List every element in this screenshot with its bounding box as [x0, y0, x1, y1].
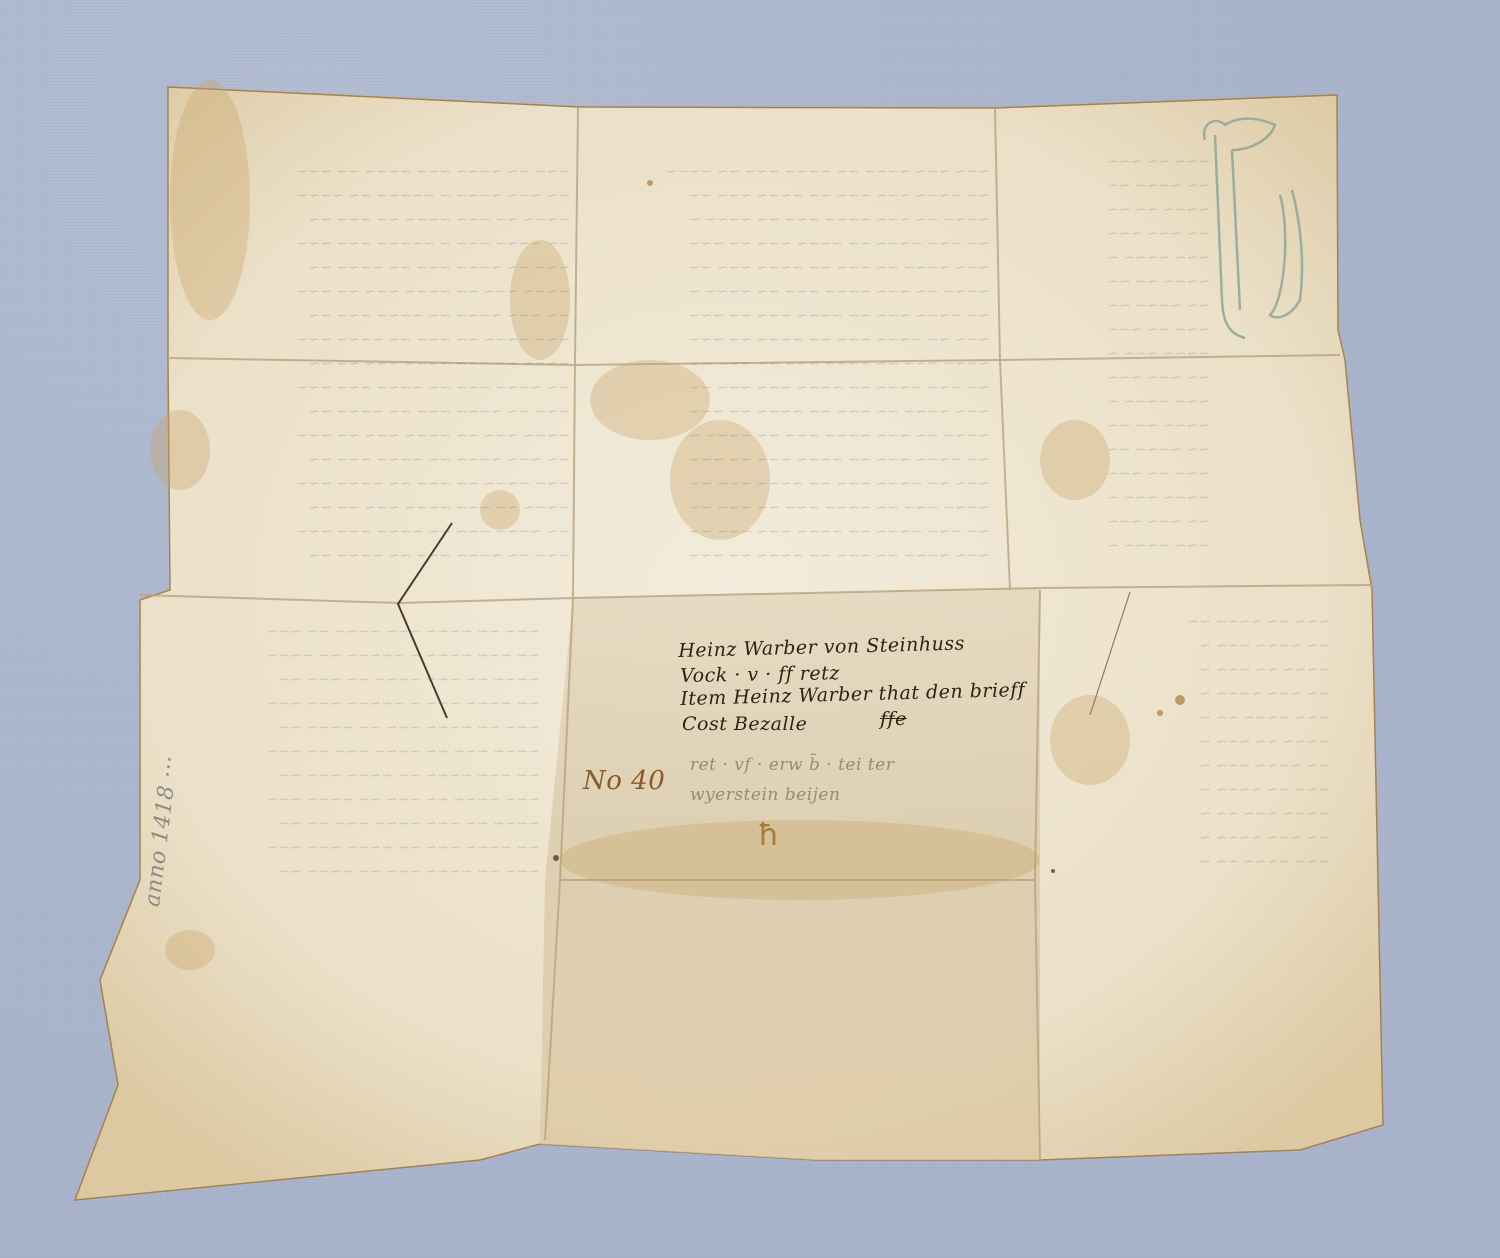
photo-scene: ~~~ ~~ ~~~~ ~~~ ~~~~ ~~ ~~~ ~~ ~~~ ~~~~ … [0, 0, 1500, 1258]
show-through-text-lower-right: ~~~ ~~ ~~~~ ~~ ~~ ~~~~ ~~~ ~ ~~~~ ~~ ~~~… [1070, 610, 1330, 890]
show-through-text-lower-left: ~~~ ~~ ~~~~ ~~~ ~~~~ ~~ ~~~ ~~ ~~~ ~~~~ … [200, 620, 540, 900]
faint-endorsement-line-2: wyerstein beijen [690, 785, 840, 805]
faint-endorsement-line-1: ret · vf · erw b̄ · tei ter [690, 755, 894, 775]
archive-number: No 40 [583, 766, 665, 796]
endorsement-line-2: Vock · v · ff retz [680, 662, 840, 687]
endorsement-line-4: Cost Bezalle [682, 713, 807, 735]
show-through-text-upper-left: ~~~ ~~ ~~~~ ~~~ ~~~~ ~~ ~~~ ~~ ~~~ ~~~~ … [230, 160, 570, 580]
monogram-mark: ħ [758, 818, 779, 853]
show-through-text-upper-center: ~~~ ~~~ ~~~~ ~~ ~~~~ ~~~ ~~ ~~~~ ~~ ~~~~… [590, 160, 990, 580]
show-through-text-upper-right: ~~~ ~~ ~~~ ~~ ~~~~ ~~ ~~~~ ~~ ~~ ~~ ~~~ … [1010, 150, 1210, 580]
endorsement-struck-word: ffe [880, 708, 907, 730]
